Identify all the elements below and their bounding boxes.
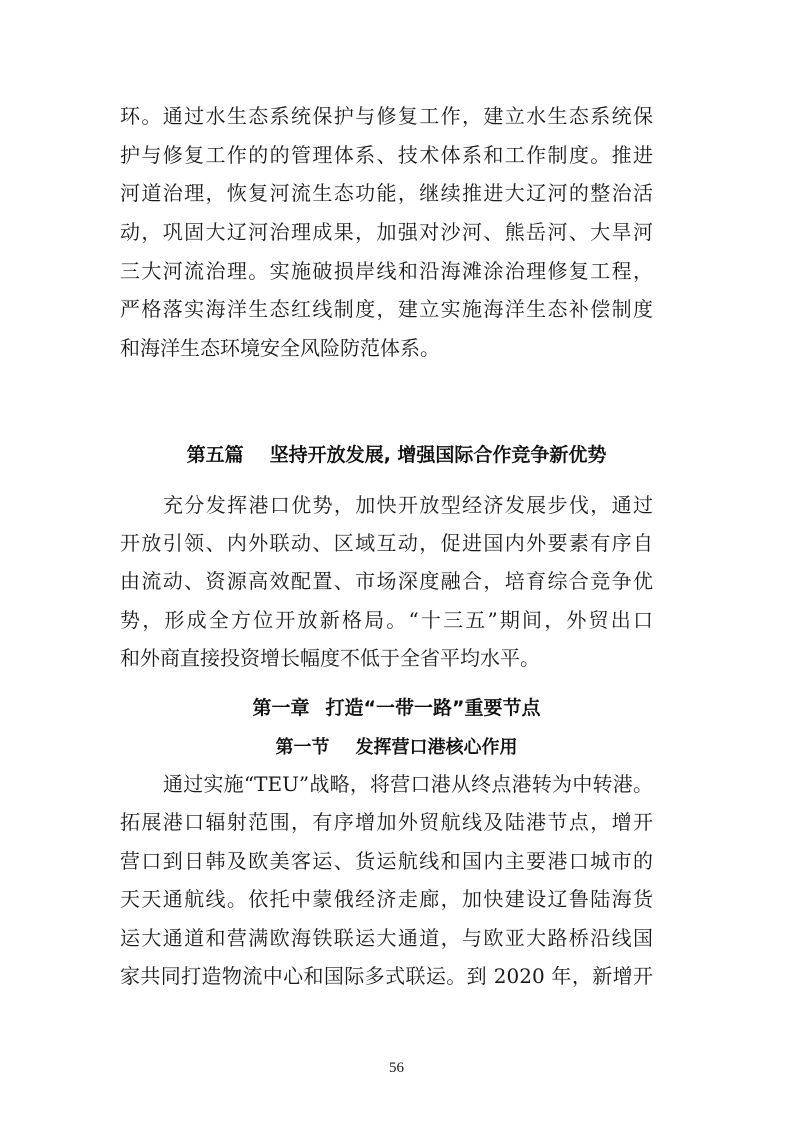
part-title: 坚持开放发展, 增强国际合作竞争新优势 <box>270 444 607 466</box>
text-line: 和外商直接投资增长幅度不低于全省平均水平。 <box>120 643 653 673</box>
part-number: 第五篇 <box>187 444 244 466</box>
text-line: 开放引领、内外联动、区域互动，促进国内外要素有序自 <box>120 528 653 558</box>
part-heading: 第五篇坚持开放发展, 增强国际合作竞争新优势 <box>0 440 793 470</box>
section-title: 发挥营口港核心作用 <box>356 737 518 758</box>
text-line: 河道治理，恢复河流生态功能，继续推进大辽河的整治活 <box>120 178 653 208</box>
document-page: 环。通过水生态系统保护与修复工作，建立水生态系统保 护与修复工作的的管理体系、技… <box>0 0 793 1122</box>
chapter-number: 第一章 <box>253 697 310 719</box>
text-line: 势，形成全方位开放新格局。“十三五”期间，外贸出口 <box>120 605 653 635</box>
text-line: 通过实施“TEU”战略，将营口港从终点港转为中转港。 <box>163 769 653 799</box>
text-line: 充分发挥港口优势，加快开放型经济发展步伐，通过 <box>163 490 653 520</box>
page-number: 56 <box>0 1058 793 1078</box>
text-line: 护与修复工作的的管理体系、技术体系和工作制度。推进 <box>120 140 653 170</box>
text-line: 和海洋生态环境安全风险防范体系。 <box>120 333 653 363</box>
text-line: 三大河流治理。实施破损岸线和沿海滩涂治理修复工程， <box>120 256 653 286</box>
text-line: 由流动、资源高效配置、市场深度融合，培育综合竞争优 <box>120 566 653 596</box>
chapter-heading: 第一章打造“一带一路”重要节点 <box>0 693 793 723</box>
text-line: 拓展港口辐射范围，有序增加外贸航线及陆港节点，增开 <box>120 807 653 837</box>
text-line: 动，巩固大辽河治理成果，加强对沙河、熊岳河、大旱河 <box>120 217 653 247</box>
section-heading: 第一节发挥营口港核心作用 <box>0 733 793 763</box>
text-line: 天天通航线。依托中蒙俄经济走廊，加快建设辽鲁陆海货 <box>120 884 653 914</box>
text-line: 环。通过水生态系统保护与修复工作，建立水生态系统保 <box>120 101 653 131</box>
text-line: 运大通道和营满欧海铁联运大通道，与欧亚大路桥沿线国 <box>120 923 653 953</box>
text-line: 家共同打造物流中心和国际多式联运。到 2020 年，新增开 <box>120 961 653 991</box>
chapter-title: 打造“一带一路”重要节点 <box>326 697 541 719</box>
text-line: 营口到日韩及欧美客运、货运航线和国内主要港口城市的 <box>120 846 653 876</box>
text-line: 严格落实海洋生态红线制度，建立实施海洋生态补偿制度 <box>120 294 653 324</box>
section-number: 第一节 <box>276 737 330 758</box>
